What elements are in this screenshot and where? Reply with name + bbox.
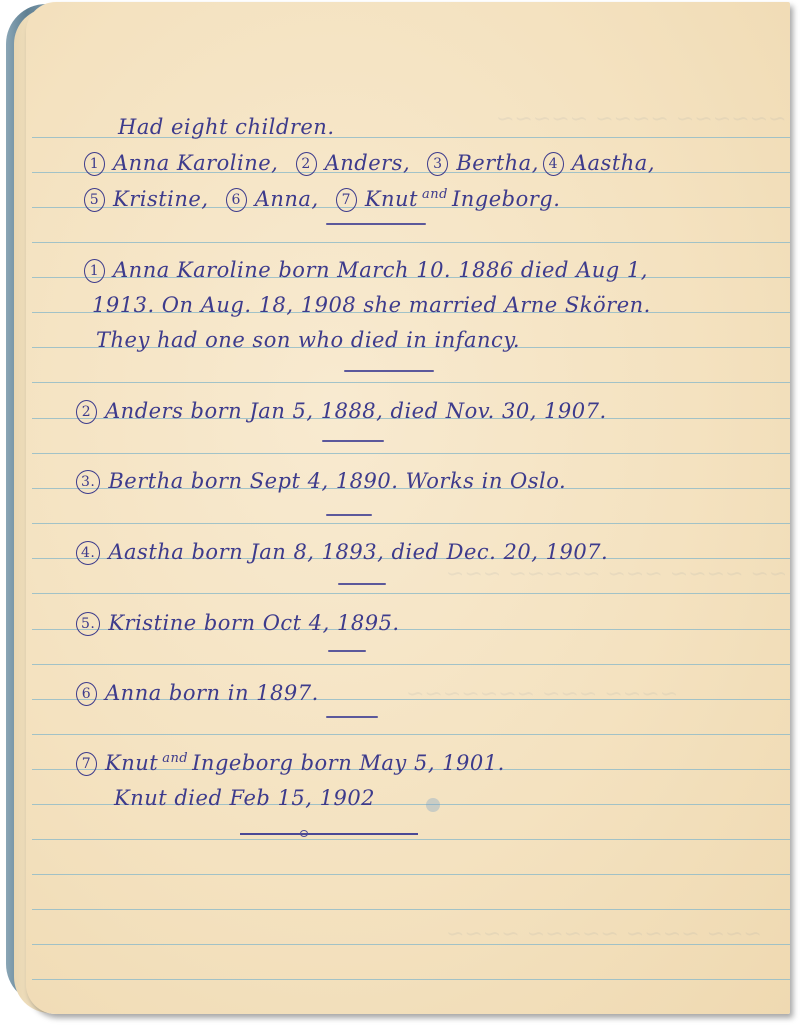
circled-number-7: 7 xyxy=(336,188,357,212)
section-divider xyxy=(344,370,434,372)
entry-text: Anders born Jan 5, 1888, died Nov. 30, 1… xyxy=(105,399,607,423)
heading-text: Had eight children. xyxy=(118,115,335,139)
entry-text: Anna born in 1897. xyxy=(105,681,319,705)
heading-line: Had eight children. xyxy=(118,115,335,139)
and-word: and xyxy=(422,187,448,202)
entry-text: 1913. On Aug. 18, 1908 she married Arne … xyxy=(92,293,651,317)
section-divider xyxy=(328,650,366,652)
child-name: Anna Karoline, xyxy=(113,151,278,175)
section-divider xyxy=(326,514,372,516)
rule-line xyxy=(32,453,790,454)
circled-number-1: 1 xyxy=(84,152,105,176)
circled-number-2: 2 xyxy=(76,400,97,424)
circled-number-5: 5 xyxy=(84,188,105,212)
entry-text: Knut died Feb 15, 1902 xyxy=(114,786,375,810)
bleed-through-text: ~~ ~~~~ ~~~ ~~~~~ ~~~ xyxy=(446,562,787,587)
entry-text: Bertha born Sept 4, 1890. Works in Oslo. xyxy=(108,469,566,493)
and-word: and xyxy=(162,751,188,766)
child-name: Bertha, xyxy=(456,151,539,175)
rule-line xyxy=(32,979,790,980)
bleed-through-text: ~~~ ~~~~~~ ~~~~ ~~~~~ xyxy=(496,107,790,132)
entry-text: Knut xyxy=(105,751,158,775)
entry-4-line-1: 4.Aastha born Jan 8, 1893, died Dec. 20,… xyxy=(76,540,608,565)
child-name: Aastha, xyxy=(572,151,655,175)
rule-line xyxy=(32,382,790,383)
rule-line xyxy=(32,909,790,910)
entry-text: Anna Karoline born March 10. 1886 died A… xyxy=(113,258,648,282)
entry-1-line-1: 1Anna Karoline born March 10. 1886 died … xyxy=(84,258,648,283)
section-divider xyxy=(326,716,378,718)
circled-number-7: 7 xyxy=(76,752,97,776)
entry-1-line-3: They had one son who died in infancy. xyxy=(96,328,520,352)
circled-number-1: 1 xyxy=(84,259,105,283)
circled-number-6: 6 xyxy=(226,188,247,212)
circled-number-2: 2 xyxy=(296,152,317,176)
rule-line xyxy=(32,664,790,665)
children-list-line-2: 5Kristine, 6Anna, 7KnutandIngeborg. xyxy=(84,187,560,212)
entry-1-line-2: 1913. On Aug. 18, 1908 she married Arne … xyxy=(92,293,651,317)
circled-number-4: 4 xyxy=(543,152,564,176)
rule-line xyxy=(32,523,790,524)
circled-number-3: 3. xyxy=(76,470,100,494)
section-divider xyxy=(326,223,426,225)
rule-line xyxy=(32,734,790,735)
child-name: Kristine, xyxy=(113,187,209,211)
rule-line xyxy=(32,874,790,875)
rule-line xyxy=(32,593,790,594)
circled-number-6: 6 xyxy=(76,682,97,706)
end-flourish-circle xyxy=(300,830,308,837)
child-name: Anna, xyxy=(255,187,319,211)
entry-text: They had one son who died in infancy. xyxy=(96,328,520,352)
entry-7-line-1: 7KnutandIngeborg born May 5, 1901. xyxy=(76,751,505,776)
entry-text: Ingeborg born May 5, 1901. xyxy=(192,751,505,775)
section-divider xyxy=(322,440,384,442)
entry-text: Kristine born Oct 4, 1895. xyxy=(108,611,399,635)
child-name: Ingeborg. xyxy=(452,187,560,211)
bleed-through-text: ~~~ ~~~~ ~~~~~ ~~~~ xyxy=(446,922,762,947)
child-name: Knut xyxy=(365,187,418,211)
circled-number-4: 4. xyxy=(76,541,100,565)
entry-text: Aastha born Jan 8, 1893, died Dec. 20, 1… xyxy=(108,540,608,564)
entry-6-line-1: 6Anna born in 1897. xyxy=(76,681,319,706)
entry-7-line-2: Knut died Feb 15, 1902 xyxy=(114,786,375,810)
entry-3-line-1: 3.Bertha born Sept 4, 1890. Works in Osl… xyxy=(76,469,566,494)
child-name: Anders, xyxy=(325,151,411,175)
section-divider xyxy=(338,583,386,585)
end-flourish-line xyxy=(240,833,418,835)
bleed-through-text: ~~~~ ~~~ ~~~~~~~ xyxy=(406,682,678,707)
ink-blot xyxy=(426,798,440,812)
rule-line xyxy=(32,242,790,243)
notebook-page: ~~~ ~~~~~~ ~~~~ ~~~~~ ~~ ~~~~ ~~~ ~~~~~ … xyxy=(26,2,790,1014)
circled-number-5: 5. xyxy=(76,612,100,636)
entry-2-line-1: 2Anders born Jan 5, 1888, died Nov. 30, … xyxy=(76,399,607,424)
entry-5-line-1: 5.Kristine born Oct 4, 1895. xyxy=(76,611,400,636)
children-list-line-1: 1Anna Karoline, 2Anders, 3Bertha,4Aastha… xyxy=(84,151,655,176)
rule-line xyxy=(32,839,790,840)
circled-number-3: 3 xyxy=(427,152,448,176)
